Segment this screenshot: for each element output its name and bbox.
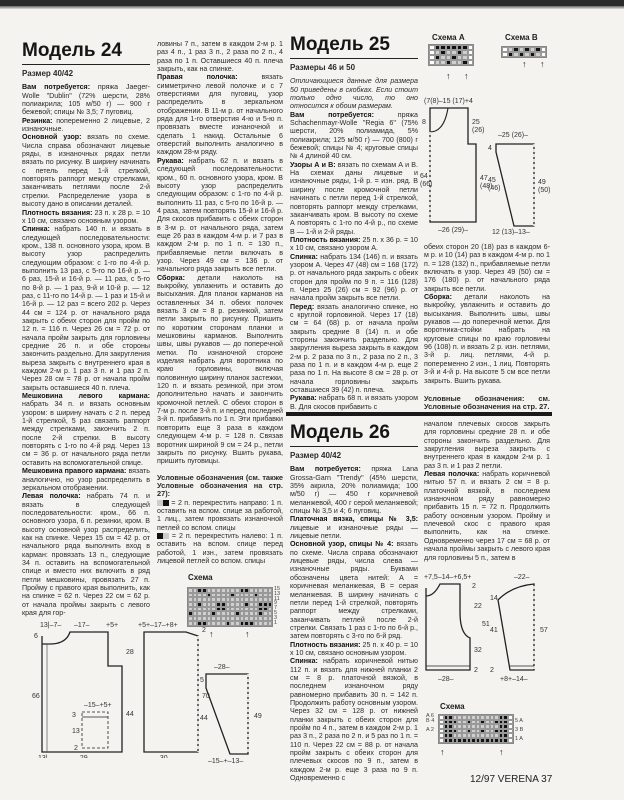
section-heading: Спинка: xyxy=(22,225,50,233)
section-heading: Перед: xyxy=(290,303,314,311)
svg-text:32: 32 xyxy=(474,647,482,654)
chart-row-label: B 4 xyxy=(426,718,434,724)
model24-column-2: ловины 7 п., затем в каждом 2-м р. 1 раз… xyxy=(157,40,283,565)
svg-text:3: 3 xyxy=(72,712,76,719)
svg-text:(46): (46) xyxy=(488,185,500,192)
section-heading: Плотность вязания: xyxy=(290,236,360,244)
arrow-up-icon: ↑ xyxy=(245,630,250,639)
model26-paragraph: началом плечевых скосов закрыть для горл… xyxy=(424,420,550,470)
svg-text:13|–: 13|– xyxy=(38,755,52,758)
model26-pattern-chart xyxy=(438,714,514,744)
model24-size: Размер 40/42 xyxy=(22,70,150,78)
svg-text:(26): (26) xyxy=(472,127,484,134)
section-heading: Правая полочка: xyxy=(157,73,238,81)
model24-instructions-part1: Вам потребуется: пряжа Jaeger-Wolle "Dub… xyxy=(22,83,150,617)
model24-legend-item-cross-left: = 2 п. перекрестить налево: 1 п. оставит… xyxy=(157,532,283,565)
model25-title: Модель 25 xyxy=(290,34,418,59)
svg-text:49: 49 xyxy=(538,179,546,186)
model24-paragraph: Правая полочка: вязать симметрично левой… xyxy=(157,73,283,156)
model24-sleeve-diagram: –28– 54449 –15–+–13– xyxy=(200,660,280,765)
section-heading: Левая полочка: xyxy=(424,470,479,478)
model24-paragraph: Резинка: попеременно 2 лицевые, 2 изнано… xyxy=(22,117,150,134)
model24-paragraph: Мешковина правого кармана: вязать аналог… xyxy=(22,467,150,492)
model26-paragraph: Спинка: набрать коричневой нитью 112 п. … xyxy=(290,657,418,782)
model25-paragraph: Вам потребуется: пряжа Schachenmayr-Woll… xyxy=(290,111,418,161)
svg-text:+5+: +5+ xyxy=(106,622,118,629)
model24-paragraph: Мешковина левого кармана: набрать 34 п. … xyxy=(22,392,150,467)
section-heading: Мешковина правого кармана: xyxy=(22,467,126,475)
cross-right-symbol-icon xyxy=(157,500,169,506)
model25-paragraph: Узоры А и В: вязать по схемам А и В. На … xyxy=(290,161,418,236)
chart-row-label: 1 A xyxy=(515,736,523,742)
model25-pattern-chart-b xyxy=(501,46,547,58)
svg-text:22: 22 xyxy=(474,603,482,610)
chart-row-label: 3 B xyxy=(515,727,523,733)
section-heading: Сборка: xyxy=(157,274,185,282)
model26-instructions-part1: Вам потребуется: пряжа Lana Grossa-Garn … xyxy=(290,465,418,782)
svg-text:–28–: –28– xyxy=(214,664,230,671)
chart-cell xyxy=(508,738,513,743)
svg-text:(50): (50) xyxy=(538,187,550,194)
model25-instructions-part1: Отличающиеся данные для размера 50 приве… xyxy=(290,77,418,411)
svg-text:47: 47 xyxy=(480,175,488,182)
model24-paragraph: Сборка: детали наколоть на выкройку, увл… xyxy=(157,274,283,466)
model26-column-1: Модель 26 Размер 40/42 Вам потребуется: … xyxy=(290,422,418,782)
model24-paragraph: Рукава: набрать 62 п. и вязать в следующ… xyxy=(157,157,283,274)
model25-paragraph: Сборка: детали наколоть на выкройку, увл… xyxy=(424,293,550,385)
section-heading: Вам потребуется: xyxy=(290,111,374,119)
model26-column-2: началом плечевых скосов закрыть для горл… xyxy=(424,420,550,562)
model24-front-diagram: 13|–7––17–+5+ 666 2844 –15–+5+ 3132 13|–… xyxy=(30,618,140,758)
section-heading: Плотность вязания: xyxy=(290,641,360,649)
arrow-up-icon: ↑ xyxy=(499,748,504,757)
svg-text:–22–: –22– xyxy=(514,574,530,581)
section-heading: Сборка: xyxy=(424,293,452,301)
arrow-up-icon: ↑ xyxy=(446,72,451,81)
model24-column-1: Модель 24 Размер 40/42 Вам потребуется: … xyxy=(22,40,150,617)
model26-paragraph: Плотность вязания: 25 п. x 40 р. = 10 x … xyxy=(290,641,418,658)
section-heading: Резинка: xyxy=(22,117,53,125)
section-heading: Спинка: xyxy=(290,657,318,665)
model25-schema-a-title: Схема А xyxy=(432,33,465,42)
svg-text:41: 41 xyxy=(490,627,498,634)
section-heading: Рукава: xyxy=(290,394,317,402)
model26-paragraph: Платочная вязка, спицы № 3,5: лицевые и … xyxy=(290,515,418,540)
svg-text:–26 (29)–: –26 (29)– xyxy=(438,227,468,234)
arrow-up-icon: ↑ xyxy=(464,72,469,81)
svg-text:–17–: –17– xyxy=(74,622,90,629)
svg-text:2: 2 xyxy=(490,667,494,674)
model24-paragraph: ловины 7 п., затем в каждом 2-м р. 1 раз… xyxy=(157,40,283,73)
model25-legend: Условные обозначения: см. Условные обозн… xyxy=(424,395,550,412)
model25-paragraph: Плотность вязания: 25 п. x 36 р. = 10 x … xyxy=(290,236,418,253)
svg-text:14: 14 xyxy=(490,595,498,602)
model26-size: Размер 40/42 xyxy=(290,452,418,460)
svg-text:–15–+5+: –15–+5+ xyxy=(84,702,112,709)
model24-legend-title: Условные обозначения (см. также Условные… xyxy=(157,474,283,499)
model25-paragraph: обеих сторон 20 (18) раз в каждом 6-м р.… xyxy=(424,243,550,293)
model25-paragraph: Спинка: набрать 134 (146) п. и вязать уз… xyxy=(290,253,418,303)
section-heading: Основной узор: xyxy=(22,133,81,141)
svg-text:+5+–17–+8+: +5+–17–+8+ xyxy=(138,622,178,629)
section-heading: Вам потребуется: xyxy=(22,83,90,91)
model25-paragraph: Перед: вязать аналогично спинке, но с кр… xyxy=(290,303,418,395)
chart-cell xyxy=(541,52,547,57)
svg-text:–25 (26)–: –25 (26)– xyxy=(498,132,528,139)
model26-body-diagram: +7,5–14–+6,5+ 222322 51 –28– xyxy=(422,572,494,684)
svg-text:13: 13 xyxy=(72,728,80,735)
model24-paragraph: Вам потребуется: пряжа Jaeger-Wolle "Dub… xyxy=(22,83,150,116)
page-top-shadow xyxy=(0,6,624,9)
model26-schema-title: Схема xyxy=(440,702,465,711)
section-heading: Спинка: xyxy=(290,253,318,261)
section-heading: Основной узор, спицы № 4: xyxy=(290,540,393,548)
svg-text:13|–7–: 13|–7– xyxy=(40,622,61,629)
svg-text:2: 2 xyxy=(472,583,476,590)
arrow-up-icon: ↑ xyxy=(440,748,445,757)
arrow-up-icon: ↑ xyxy=(540,60,545,69)
model24-paragraph: Левая полочка: набрать 74 п. и вязать в … xyxy=(22,492,150,617)
svg-text:44: 44 xyxy=(126,711,134,718)
model25-pattern-chart-a xyxy=(428,44,474,66)
svg-text:+8+–14–: +8+–14– xyxy=(500,676,528,683)
page-footer: 12/97 VERENA 37 xyxy=(470,774,552,785)
svg-text:51: 51 xyxy=(482,621,490,628)
model24-title: Модель 24 xyxy=(22,40,150,65)
model26-paragraph: Основной узор, спицы № 4: вязать по схем… xyxy=(290,540,418,640)
model24-paragraph: Основной узор: вязать по схеме. Числа сп… xyxy=(22,133,150,208)
svg-text:–29–: –29– xyxy=(76,755,92,758)
svg-text:8: 8 xyxy=(422,119,426,126)
model24-paragraph: Плотность вязания: 23 п. x 28 р. = 10 x … xyxy=(22,209,150,226)
section-heading: Узоры А и В: xyxy=(290,161,336,169)
chart-cell xyxy=(268,621,273,626)
model26-sleeve-diagram: –22– 14412 57 +8+–14– xyxy=(490,572,562,684)
model25-column-1: Модель 25 Размеры 46 и 50 Отличающиеся д… xyxy=(290,34,418,411)
svg-text:57: 57 xyxy=(540,627,548,634)
svg-text:12 (13)–13–: 12 (13)–13– xyxy=(492,229,530,235)
section-heading: Рукава: xyxy=(157,157,184,165)
section-heading: Платочная вязка, спицы № 3,5: xyxy=(290,515,418,523)
svg-text:49: 49 xyxy=(254,713,262,720)
section-heading: Плотность вязания: xyxy=(22,209,92,217)
chart-row-number: 1 xyxy=(274,620,277,626)
svg-text:4: 4 xyxy=(488,145,492,152)
model24-legend-item-cross-right: = 2 п. перекрестить направо: 1 п. остави… xyxy=(157,499,283,532)
arrow-up-icon: ↑ xyxy=(522,60,527,69)
model24-paragraph: Спинка: набрать 140 п. и вязать в следую… xyxy=(22,225,150,392)
model26-paragraph: Левая полочка: набрать коричневой нитью … xyxy=(424,470,550,562)
model24-schema-title: Схема xyxy=(188,573,213,582)
chart-row-label: A 2 xyxy=(426,727,434,733)
section-divider xyxy=(286,412,552,416)
model25-schema-b-title: Схема В xyxy=(505,33,538,42)
model25-column-2: обеих сторон 20 (18) раз в каждом 6-м р.… xyxy=(424,243,550,412)
svg-text:25: 25 xyxy=(472,119,480,126)
model25-paragraph: Рукава: набрать 68 п. и вязать узором В.… xyxy=(290,394,418,411)
model25-size: Размеры 46 и 50 xyxy=(290,64,418,72)
svg-text:2: 2 xyxy=(474,667,478,674)
model26-paragraph: Вам потребуется: пряжа Lana Grossa-Garn … xyxy=(290,465,418,515)
model26-instructions-part2: началом плечевых скосов закрыть для горл… xyxy=(424,420,550,562)
svg-text:5: 5 xyxy=(200,677,204,684)
section-heading: Левая полочка: xyxy=(22,492,81,500)
svg-text:6: 6 xyxy=(34,633,38,640)
svg-text:(66): (66) xyxy=(420,181,432,188)
svg-text:45: 45 xyxy=(488,177,496,184)
svg-text:+7,5–14–+6,5+: +7,5–14–+6,5+ xyxy=(424,574,471,581)
model25-instructions-part2: обеих сторон 20 (18) раз в каждом 6-м р.… xyxy=(424,243,550,385)
model26-title: Модель 26 xyxy=(290,422,418,447)
svg-text:44: 44 xyxy=(200,715,208,722)
model24-instructions-part2: ловины 7 п., затем в каждом 2-м р. 1 раз… xyxy=(157,40,283,466)
section-heading: Вам потребуется: xyxy=(290,465,361,473)
svg-text:64: 64 xyxy=(420,173,428,180)
section-heading: Мешковина левого кармана: xyxy=(22,392,150,400)
svg-text:(7(8)–15 (17)+4: (7(8)–15 (17)+4 xyxy=(424,98,473,105)
svg-text:2: 2 xyxy=(74,745,78,752)
svg-text:–30–: –30– xyxy=(156,755,172,758)
svg-text:–28–: –28– xyxy=(438,676,454,683)
chart-row-label: 5 A xyxy=(515,718,523,724)
svg-text:66: 66 xyxy=(32,693,40,700)
svg-text:–15–+–13–: –15–+–13– xyxy=(208,758,243,765)
cross-left-symbol-icon xyxy=(157,533,169,539)
chart-cell xyxy=(468,60,474,65)
model25-sleeve-diagram: –25 (26)– 445(46) 49(50) 12 (13)–13– xyxy=(488,130,558,235)
model25-paragraph: Отличающиеся данные для размера 50 приве… xyxy=(290,77,418,110)
svg-text:2: 2 xyxy=(202,627,206,634)
svg-text:28: 28 xyxy=(126,649,134,656)
